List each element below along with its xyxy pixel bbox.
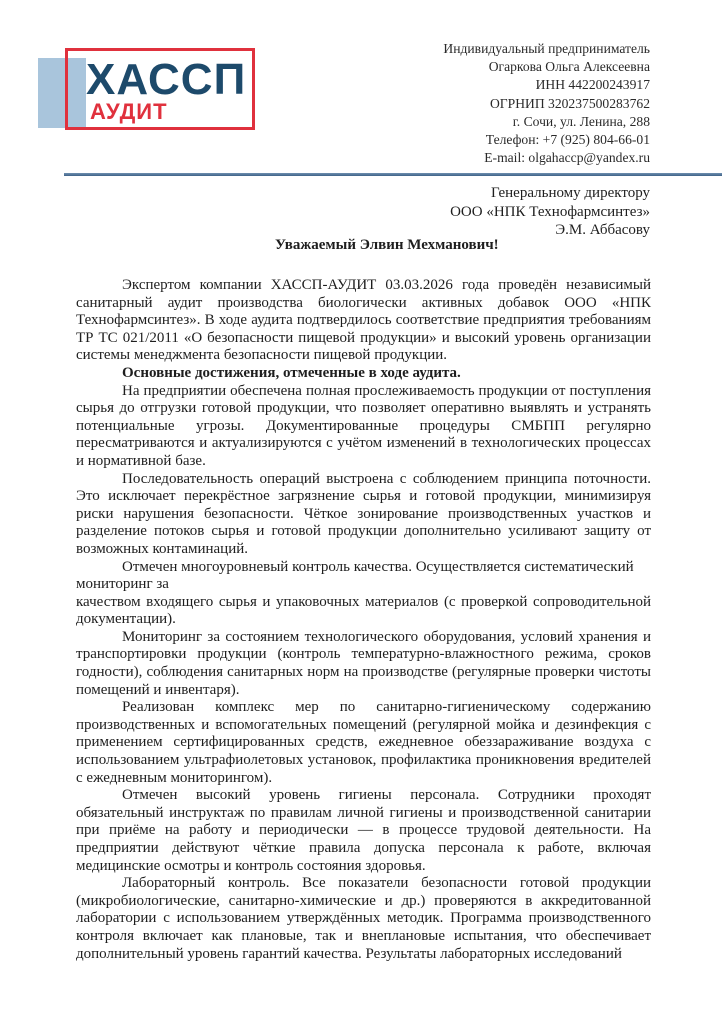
- sender-inn: ИНН 442200243917: [443, 76, 650, 94]
- paragraph-quality-control: Отмечен многоуровневый контроль качества…: [76, 559, 651, 594]
- logo-main-text: ХАССП: [86, 56, 246, 104]
- letter-page: ХАССП АУДИТ Индивидуальный предпринимате…: [0, 0, 722, 1024]
- recipient-company: ООО «НПК Технофармсинтез»: [450, 203, 650, 222]
- paragraph-monitoring: Мониторинг за состоянием технологическог…: [76, 629, 651, 699]
- salutation: Уважаемый Элвин Мехманович!: [275, 237, 499, 254]
- paragraph-intro: Экспертом компании ХАССП-АУДИТ 03.03.202…: [76, 277, 651, 365]
- letter-body: Экспертом компании ХАССП-АУДИТ 03.03.202…: [76, 277, 651, 963]
- paragraph-flow: Последовательность операций выстроена с …: [76, 471, 651, 559]
- paragraph-sanitation: Реализован комплекс мер по санитарно-гиг…: [76, 699, 651, 787]
- section-heading: Основные достижения, отмеченные в ходе а…: [76, 365, 651, 383]
- sender-details: Индивидуальный предприниматель Огаркова …: [443, 40, 650, 167]
- sender-address: г. Сочи, ул. Ленина, 288: [443, 113, 650, 131]
- paragraph-traceability: На предприятии обеспечена полная прослеж…: [76, 383, 651, 471]
- company-logo: ХАССП АУДИТ: [38, 48, 260, 136]
- sender-ogrnip: ОГРНИП 320237500283762: [443, 95, 650, 113]
- paragraph-quality-control-cont: качеством входящего сырья и упаковочных …: [76, 594, 651, 629]
- recipient-block: Генеральному директору ООО «НПК Технофар…: [450, 184, 650, 240]
- recipient-position: Генеральному директору: [450, 184, 650, 203]
- sender-name: Огаркова Ольга Алексеевна: [443, 58, 650, 76]
- logo-sub-text: АУДИТ: [90, 100, 168, 124]
- paragraph-laboratory: Лабораторный контроль. Все показатели бе…: [76, 875, 651, 963]
- header-divider: [64, 173, 722, 176]
- sender-email: E-mail: olgahaccp@yandex.ru: [443, 149, 650, 167]
- paragraph-hygiene: Отмечен высокий уровень гигиены персонал…: [76, 787, 651, 875]
- sender-phone: Телефон: +7 (925) 804-66-01: [443, 131, 650, 149]
- sender-title: Индивидуальный предприниматель: [443, 40, 650, 58]
